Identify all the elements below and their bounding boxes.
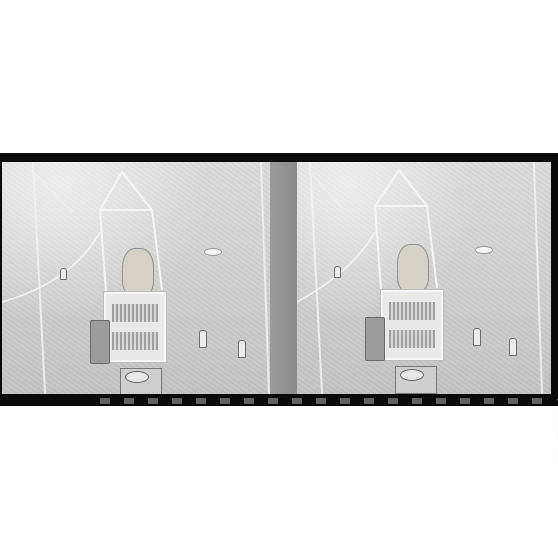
- soldier: [199, 330, 207, 348]
- winch: [120, 368, 162, 394]
- balloon-basket: [104, 292, 166, 362]
- observer: [397, 244, 429, 292]
- soldier: [509, 338, 517, 356]
- basket-wicker: [389, 302, 435, 320]
- plate-edge-marks: [100, 398, 548, 404]
- soldier: [60, 268, 67, 280]
- soldier: [334, 266, 341, 278]
- basket-wicker: [112, 332, 158, 350]
- winch: [395, 366, 437, 394]
- plate-number-annotation: N.1537: [552, 392, 558, 460]
- ground-object: [204, 248, 222, 256]
- stereo-plate: N.1537: [0, 153, 558, 406]
- winch-drum: [400, 369, 424, 381]
- ground-object: [475, 246, 493, 254]
- basket-wicker: [389, 330, 435, 348]
- right-stereo-view: [297, 162, 551, 394]
- hanging-bag: [90, 320, 110, 364]
- basket-wicker: [112, 304, 158, 322]
- soldier: [473, 328, 481, 346]
- balloon-basket: [381, 290, 443, 360]
- winch-drum: [125, 371, 149, 383]
- hanging-bag: [365, 317, 385, 361]
- left-stereo-view: [2, 162, 297, 394]
- soldier: [238, 340, 246, 358]
- observer: [122, 248, 154, 296]
